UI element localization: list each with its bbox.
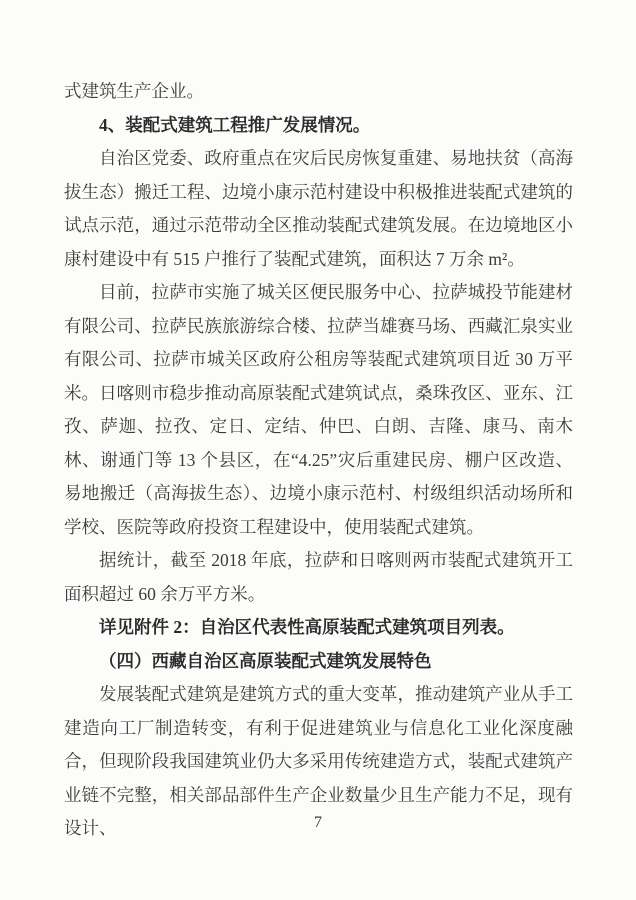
page-number: 7 bbox=[0, 814, 636, 832]
paragraph-promotion-pilots: 自治区党委、政府重点在灾后民房恢复重建、易地扶贫（高海拔生态）搬迁工程、边境小康… bbox=[64, 142, 573, 276]
continuation-line: 式建筑生产企业。 bbox=[64, 75, 573, 109]
section-heading-4: 4、装配式建筑工程推广发展情况。 bbox=[64, 109, 573, 143]
note-appendix-2: 详见附件 2：自治区代表性高原装配式建筑项目列表。 bbox=[64, 611, 573, 645]
paragraph-statistics-2018: 据统计，截至 2018 年底，拉萨和日喀则两市装配式建筑开工面积超过 60 余万… bbox=[64, 544, 573, 611]
document-page: 式建筑生产企业。 4、装配式建筑工程推广发展情况。 自治区党委、政府重点在灾后民… bbox=[0, 0, 636, 900]
section-heading-si: （四）西藏自治区高原装配式建筑发展特色 bbox=[64, 645, 573, 679]
paragraph-lhasa-shigatse-projects: 目前，拉萨市实施了城关区便民服务中心、拉萨城投节能建材有限公司、拉萨民族旅游综合… bbox=[64, 276, 573, 544]
page-body: 式建筑生产企业。 4、装配式建筑工程推广发展情况。 自治区党委、政府重点在灾后民… bbox=[64, 75, 573, 846]
